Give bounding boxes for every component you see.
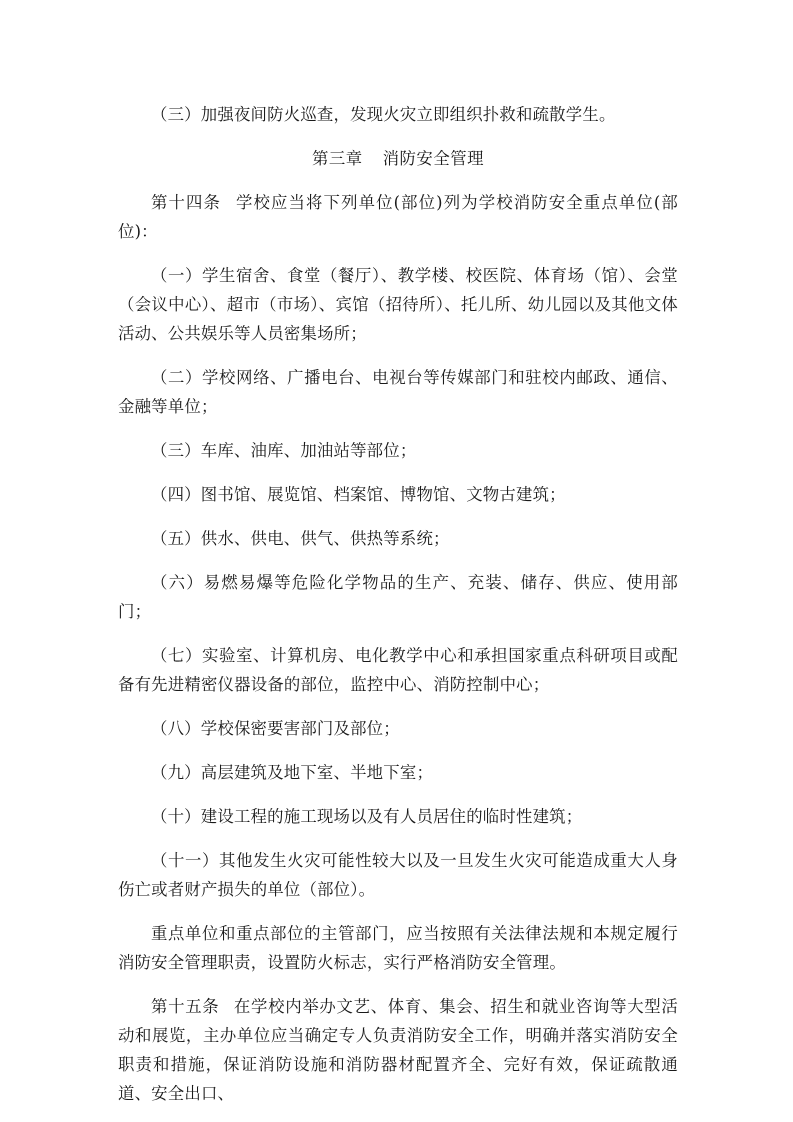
document-page: （三）加强夜间防火巡查，发现火灾立即组织扑救和疏散学生。 第三章消防安全管理 第… bbox=[118, 100, 678, 1122]
article-15: 第十五条在学校内举办文艺、体育、集会、招生和就业咨询等大型活动和展览，主办单位应… bbox=[118, 992, 678, 1108]
item-3-night-patrol: （三）加强夜间防火巡查，发现火灾立即组织扑救和疏散学生。 bbox=[118, 100, 678, 129]
management-paragraph: 重点单位和重点部位的主管部门，应当按照有关法律法规和本规定履行消防安全管理职责，… bbox=[118, 919, 678, 977]
list-item-6: （六）易燃易爆等危险化学物品的生产、充装、储存、供应、使用部门； bbox=[118, 568, 678, 626]
list-item-3: （三）车库、油库、加油站等部位； bbox=[118, 436, 678, 465]
list-item-1: （一）学生宿舍、食堂（餐厅）、教学楼、校医院、体育场（馆）、会堂（会议中心）、超… bbox=[118, 261, 678, 348]
list-item-8: （八）学校保密要害部门及部位； bbox=[118, 714, 678, 743]
chapter-heading: 第三章消防安全管理 bbox=[118, 144, 678, 173]
list-item-9: （九）高层建筑及地下室、半地下室； bbox=[118, 758, 678, 787]
list-item-5: （五）供水、供电、供气、供热等系统； bbox=[118, 524, 678, 553]
article-15-label: 第十五条 bbox=[151, 997, 219, 1016]
list-item-10: （十）建设工程的施工现场以及有人员居住的临时性建筑； bbox=[118, 802, 678, 831]
article-14: 第十四条学校应当将下列单位(部位)列为学校消防安全重点单位(部位)： bbox=[118, 188, 678, 246]
chapter-label: 第三章 bbox=[312, 149, 363, 168]
article-14-label: 第十四条 bbox=[151, 193, 221, 212]
list-item-11: （十一）其他发生火灾可能性较大以及一旦发生火灾可能造成重大人身伤亡或者财产损失的… bbox=[118, 846, 678, 904]
list-item-4: （四）图书馆、展览馆、档案馆、博物馆、文物古建筑； bbox=[118, 480, 678, 509]
list-item-7: （七）实验室、计算机房、电化教学中心和承担国家重点科研项目或配备有先进精密仪器设… bbox=[118, 641, 678, 699]
list-item-2: （二）学校网络、广播电台、电视台等传媒部门和驻校内邮政、通信、金融等单位； bbox=[118, 363, 678, 421]
chapter-title: 消防安全管理 bbox=[383, 149, 484, 168]
